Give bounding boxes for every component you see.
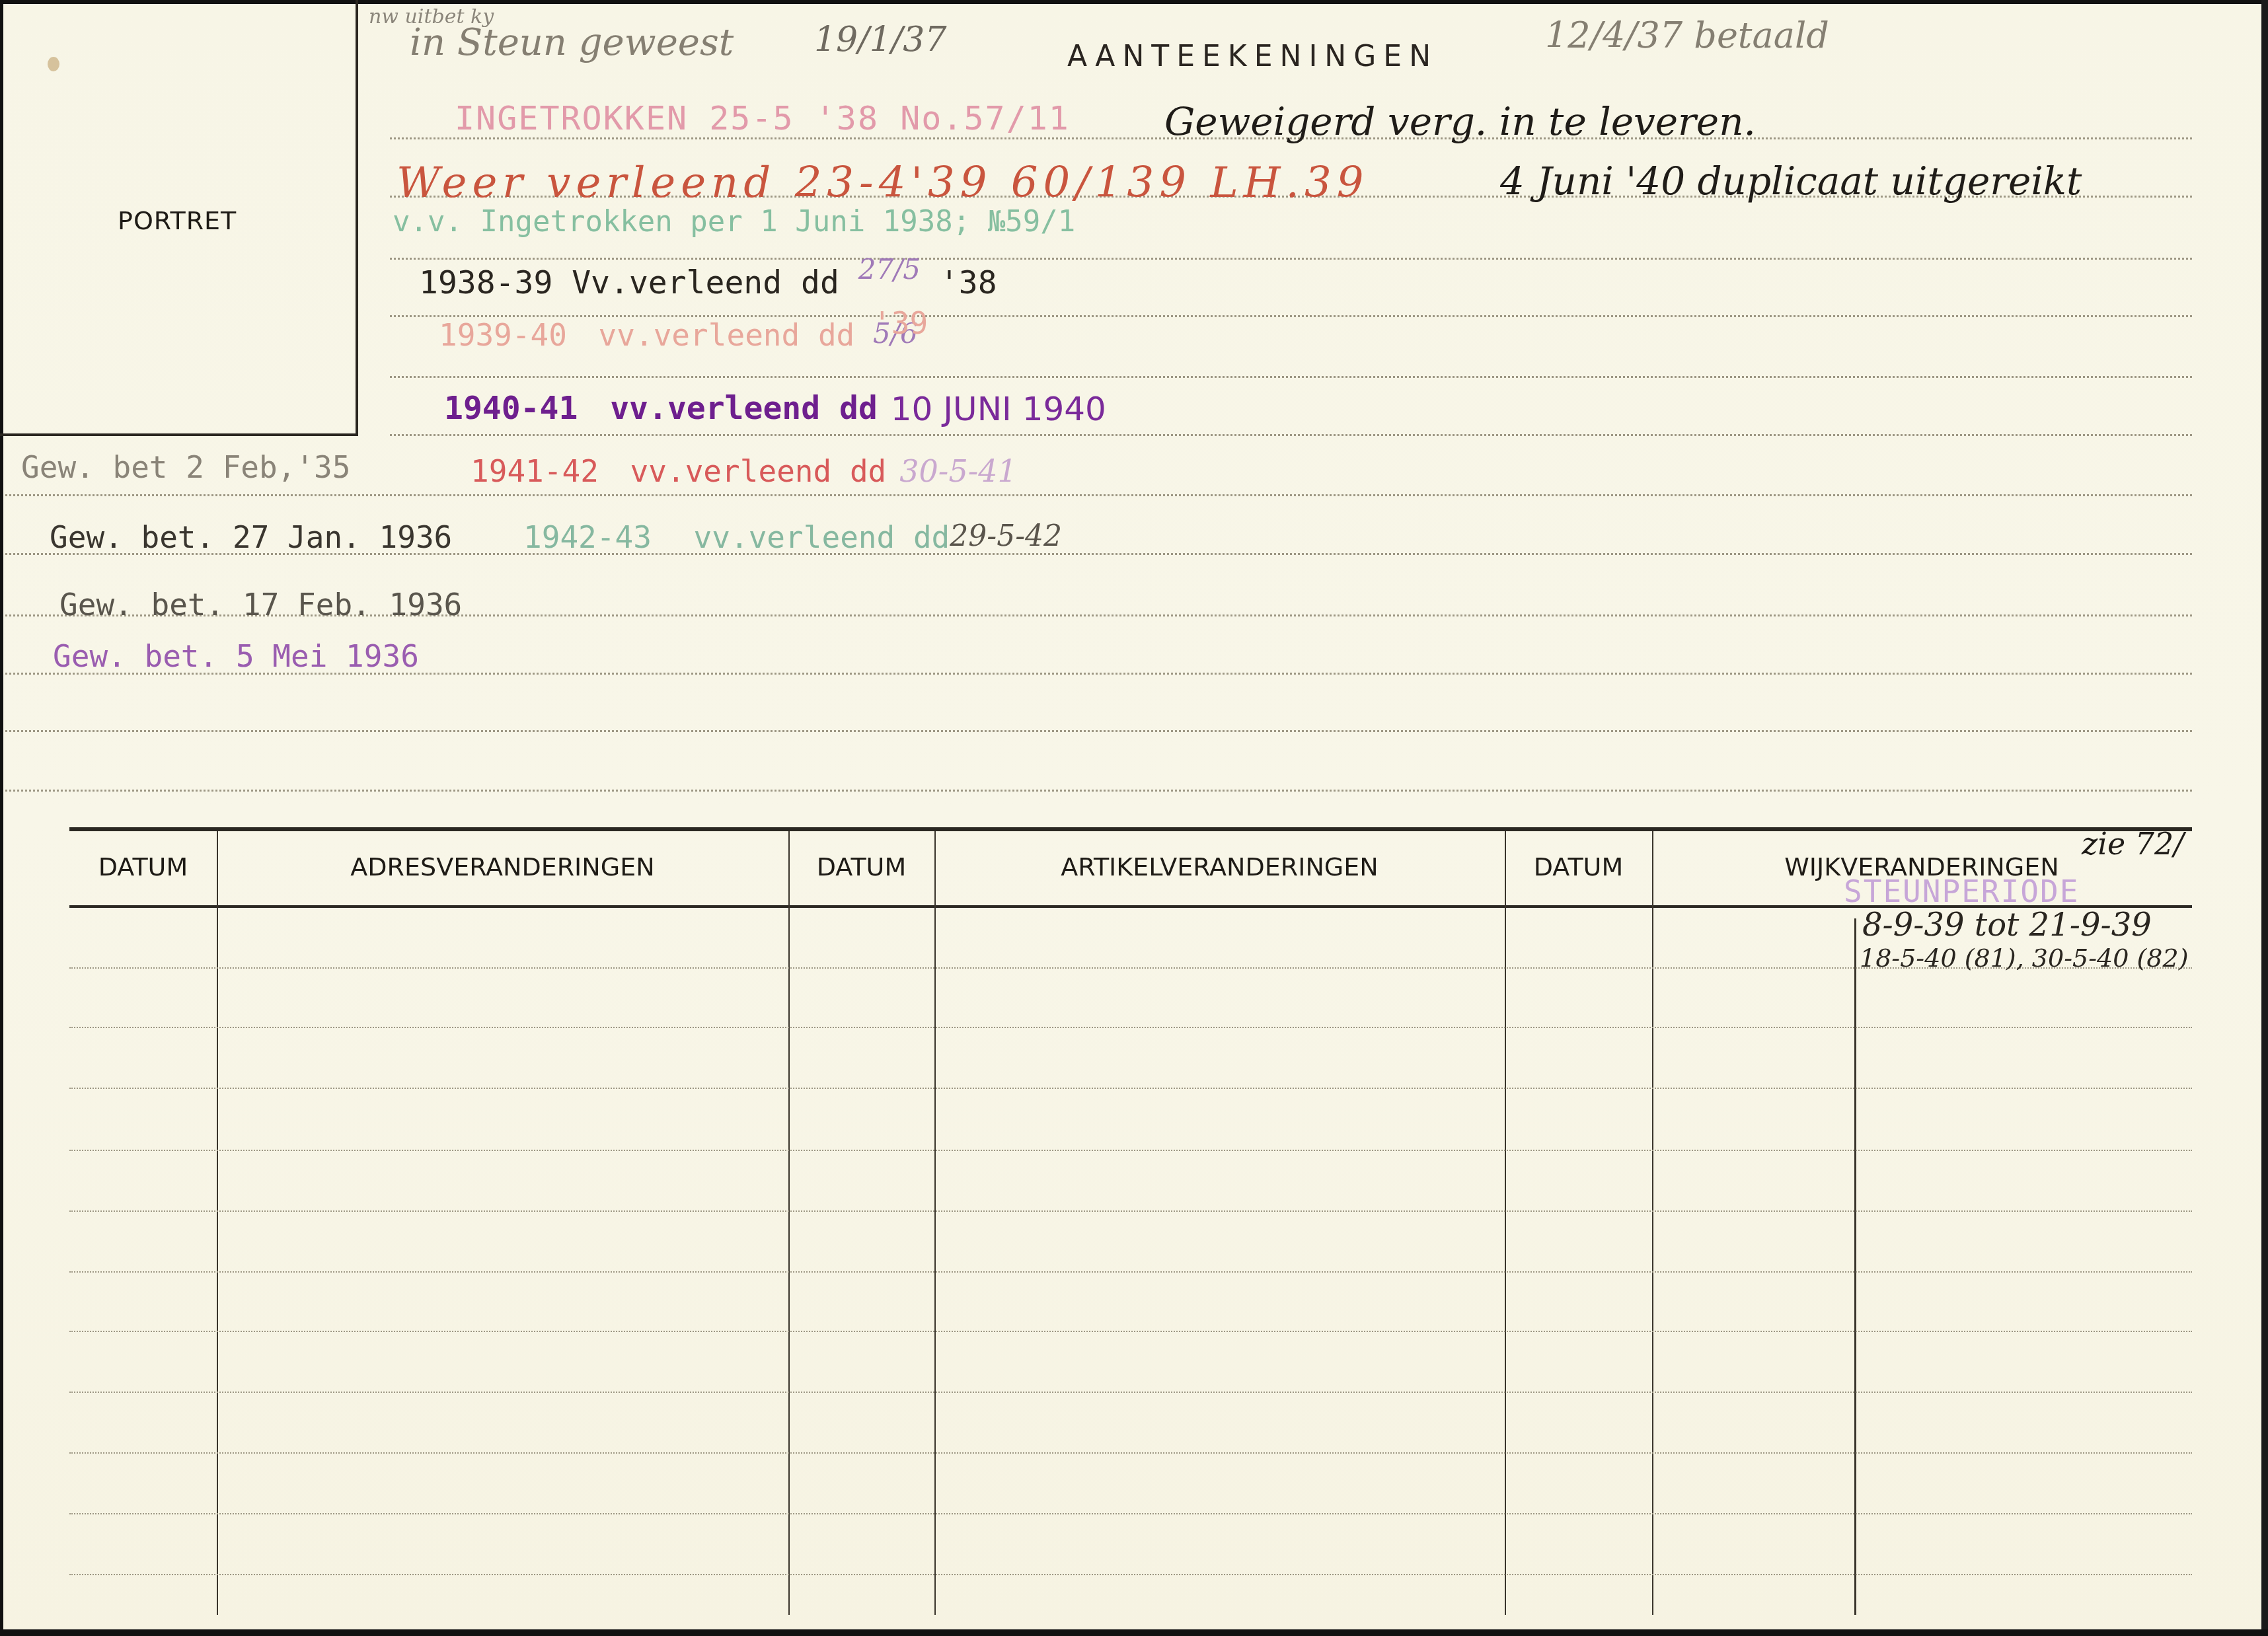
- season-year-suffix: '38: [940, 264, 997, 301]
- gew-bet-1935: Gew. bet 2 Feb,'35: [21, 449, 351, 485]
- season-hand-date: 27/5: [858, 253, 921, 285]
- season-hand-date: 29-5-42: [950, 519, 1062, 553]
- season-text: vv.verleend dd: [610, 390, 878, 427]
- note-line: [390, 434, 2192, 436]
- gew-bet-feb-1936: Gew. bet. 17 Feb. 1936: [59, 587, 462, 622]
- column-header-datum-3: DATUM: [1505, 852, 1652, 881]
- table-row-line: [69, 1271, 2192, 1273]
- column-divider: [1505, 831, 1506, 1615]
- scan-edge-right: [2261, 0, 2268, 1636]
- season-1938-row: 1938-39 Vv.verleend dd 27/5 '38: [419, 264, 997, 301]
- season-year-suffix: '39: [873, 305, 928, 341]
- column-divider: [217, 831, 218, 1615]
- note-line: [5, 730, 2192, 732]
- table-top-rule: [69, 827, 2192, 831]
- table-row-line: [69, 1574, 2192, 1575]
- season-year: 1942-43: [523, 519, 652, 555]
- steunperiode-stamp: STEUNPERIODE: [1844, 874, 2079, 909]
- table-row-line: [69, 1088, 2192, 1089]
- vv-ingetrokken-text: v.v. Ingetrokken per 1 Juni 1938; №59/1: [393, 205, 1075, 239]
- pencil-note-steun: in Steun geweest: [410, 21, 734, 64]
- handwritten-zie-note: zie 72/: [2082, 826, 2184, 862]
- column-divider: [934, 831, 936, 1615]
- scan-edge-bottom: [0, 1629, 2268, 1636]
- season-year: 1941-42: [471, 453, 599, 489]
- table-row-line: [69, 1452, 2192, 1454]
- note-line: [5, 494, 2192, 496]
- table-row-line: [69, 1210, 2192, 1212]
- page-title: AANTEEKENINGEN: [1067, 40, 1438, 73]
- column-header-datum-1: DATUM: [69, 852, 217, 881]
- steunperiode-dates-line2: 18-5-40 (81), 30-5-40 (82): [1860, 944, 2188, 973]
- table-row-line: [69, 1150, 2192, 1151]
- portrait-label: PORTRET: [118, 206, 237, 235]
- season-text: vv.verleend dd: [599, 317, 855, 353]
- steunperiode-dates-line1: 8-9-39 tot 21-9-39: [1862, 907, 2152, 944]
- date-stamp: 10 JUNI 1940: [891, 390, 1106, 428]
- season-year: 1940-41: [444, 390, 578, 427]
- handwritten-geweigerd: Geweigerd verg. in te leveren.: [1164, 99, 1756, 144]
- season-text: Vv.verleend dd: [572, 264, 839, 301]
- note-line: [5, 790, 2192, 792]
- season-hand-date: 30-5-41: [899, 453, 1016, 489]
- pencil-note-right: 12/4/37 betaald: [1545, 15, 1829, 56]
- season-text: vv.verleend dd: [694, 519, 950, 555]
- wijk-inner-divider: [1854, 918, 1856, 1615]
- table-row-line: [69, 1392, 2192, 1393]
- season-text: vv.verleend dd: [630, 453, 887, 489]
- registration-card: PORTRET AANTEEKENINGEN nw uitbet ky in S…: [0, 0, 2268, 1636]
- stain-mark: [48, 57, 59, 71]
- column-header-datum-2: DATUM: [788, 852, 934, 881]
- pencil-date-left: 19/1/37: [814, 20, 946, 59]
- table-row-line: [69, 1513, 2192, 1514]
- gew-bet-jan-1936: Gew. bet. 27 Jan. 1936: [50, 519, 452, 555]
- column-header-artikelveranderingen: ARTIKELVERANDERINGEN: [934, 852, 1505, 881]
- table-row-line: [69, 1331, 2192, 1332]
- season-1941-row: 1941-42 vv.verleend dd 30-5-41: [471, 453, 886, 489]
- ingetrokken-stamp: INGETROKKEN 25-5 '38 No.57/11: [455, 99, 1070, 137]
- portrait-box: PORTRET: [0, 0, 358, 436]
- gew-bet-mei-1936: Gew. bet. 5 Mei 1936: [53, 638, 419, 674]
- season-year: 1938-39: [419, 264, 552, 301]
- column-divider: [788, 831, 790, 1615]
- handwritten-duplicaat: 4 Juni '40 duplicaat uitgereikt: [1500, 159, 2082, 204]
- handwritten-weer-verleend: Weer verleend 23-4'39 60/139 LH.39: [397, 159, 1369, 207]
- season-year: 1939-40: [439, 317, 567, 353]
- column-header-adresveranderingen: ADRESVERANDERINGEN: [217, 852, 788, 881]
- season-1940-row: 1940-41 vv.verleend dd 10 JUNI 1940: [444, 390, 878, 427]
- season-1942-row: 1942-43 vv.verleend dd 29-5-42: [523, 519, 950, 555]
- note-line: [390, 376, 2192, 378]
- table-row-line: [69, 1027, 2192, 1028]
- column-divider: [1652, 831, 1653, 1615]
- note-line: [390, 258, 2192, 260]
- season-1939-row: 1939-40 vv.verleend dd 5/6 '39: [439, 317, 928, 353]
